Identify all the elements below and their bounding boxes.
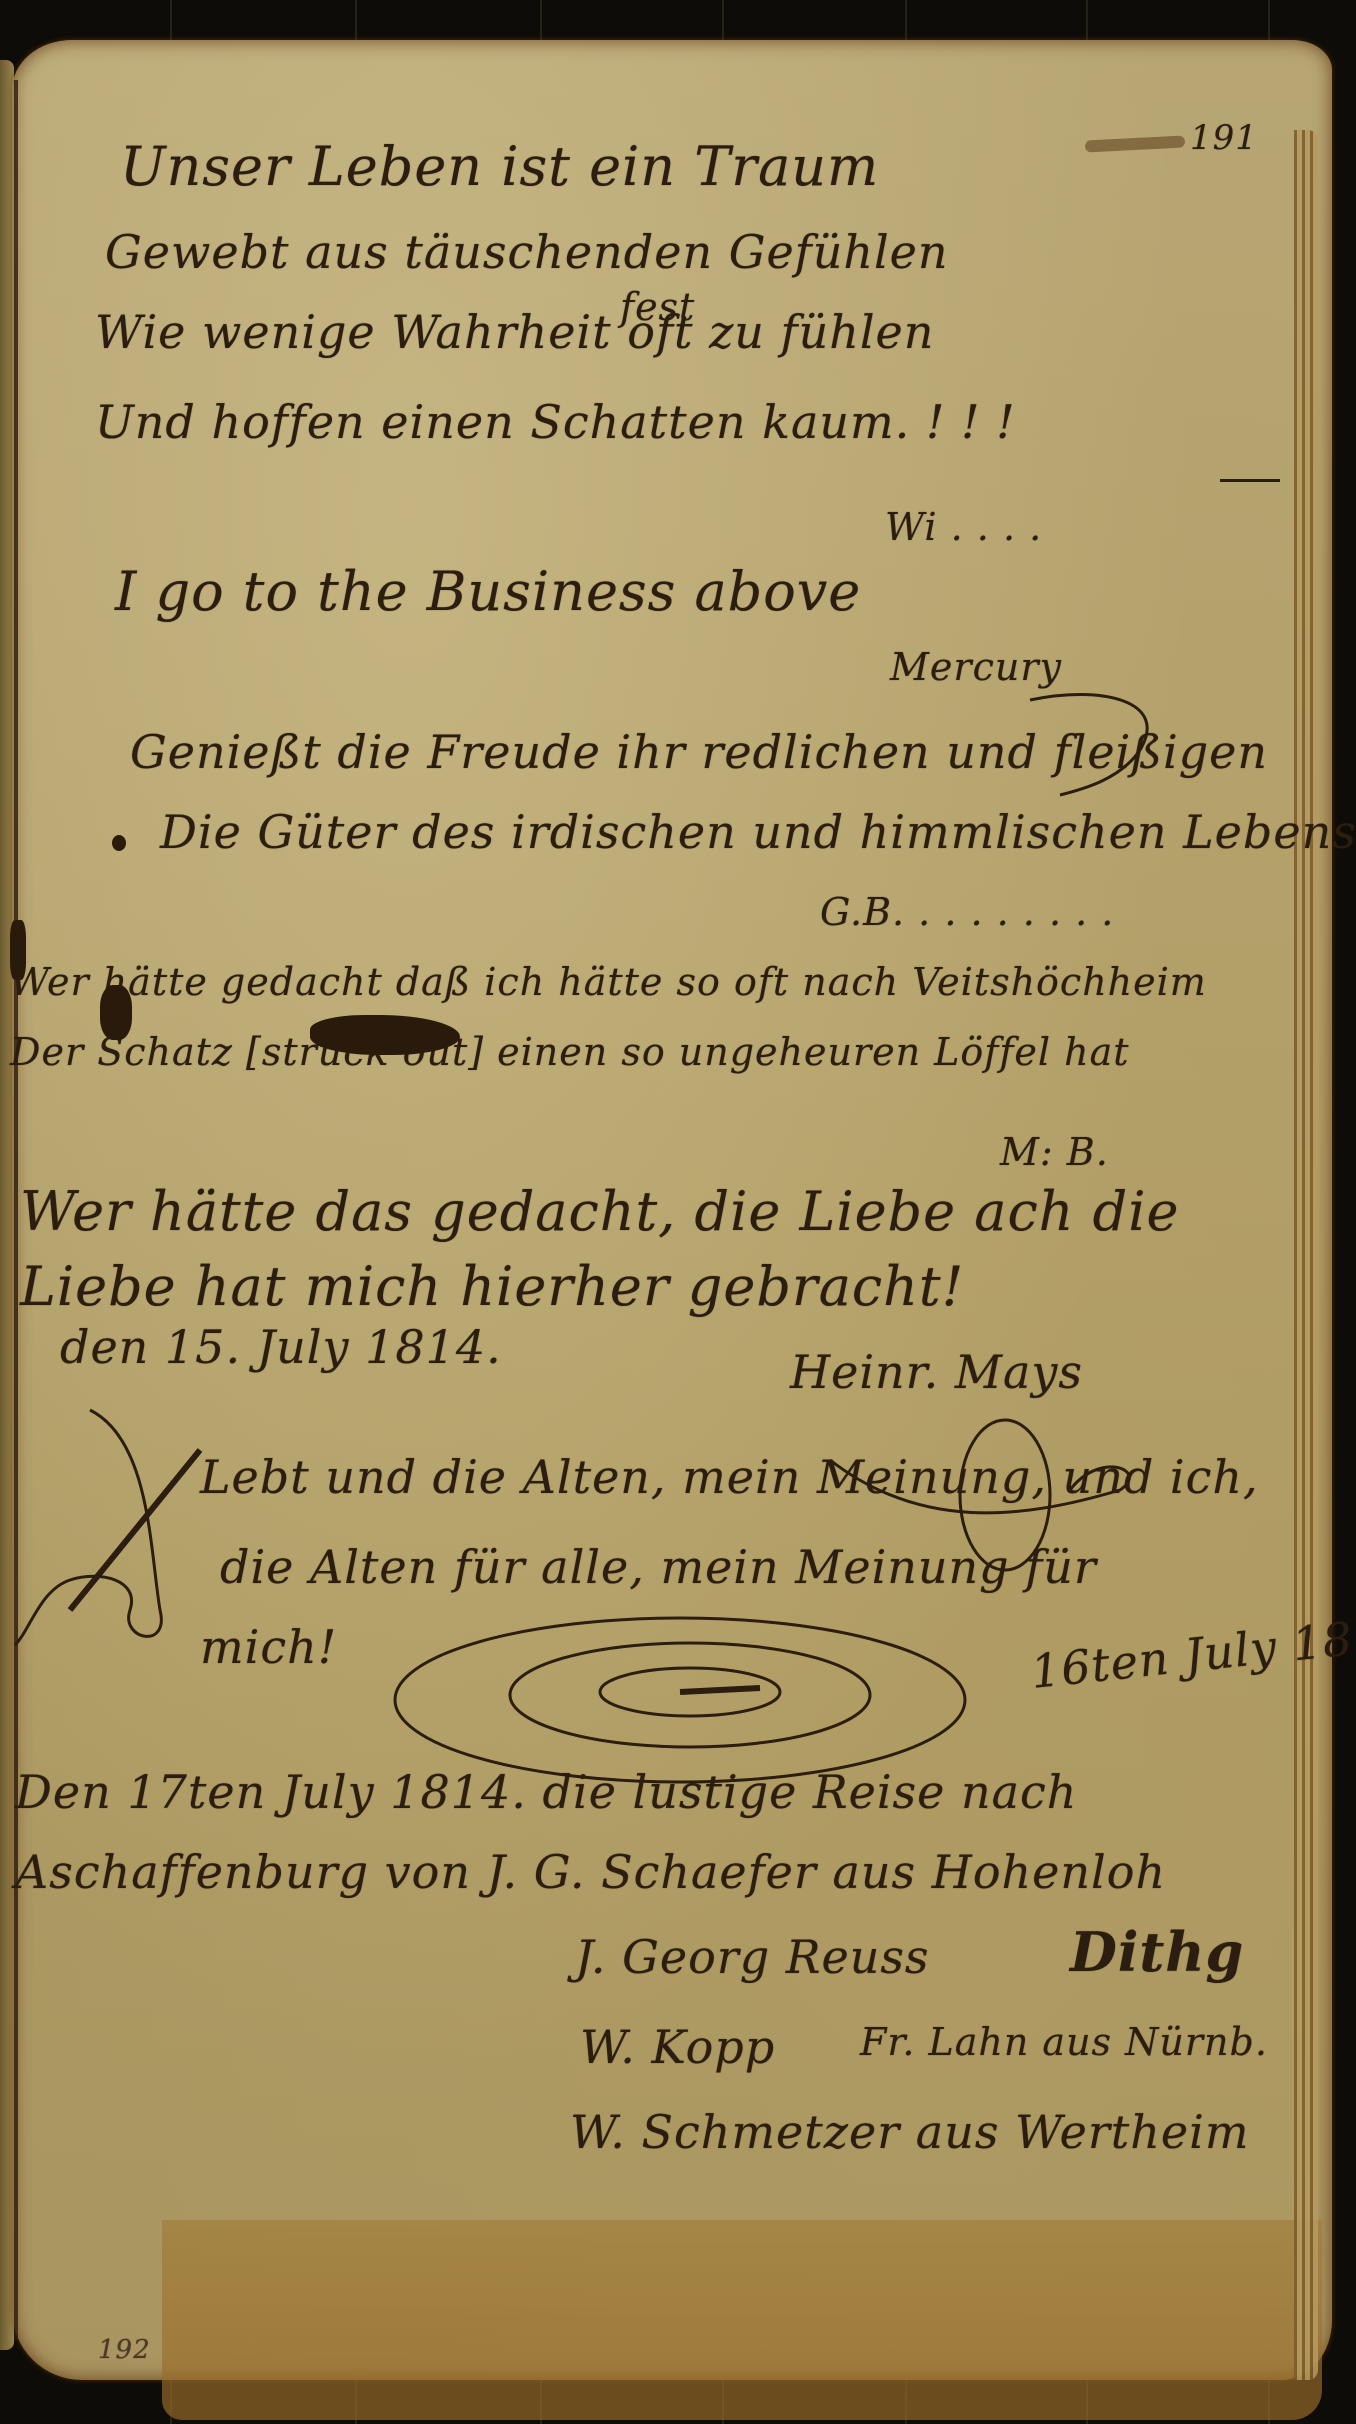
struck-line-2: Der Schatz [struck out] einen so ungeheu… [10, 1030, 1130, 1074]
spiral-flourish [380, 1610, 1000, 1790]
signature-kopp: W. Kopp [580, 2020, 775, 2074]
english-signature: Mercury [890, 645, 1062, 689]
ink-blot-small [100, 985, 132, 1040]
struck-signature: M: B. [1000, 1130, 1109, 1174]
gutter-line [14, 80, 18, 2340]
wish-signature: G.B. . . . . . . . . [820, 890, 1114, 934]
poem-line-2: Gewebt aus täuschenden Gefühlen [105, 225, 949, 279]
wish-line-1: Genießt die Freude ihr redlichen und fle… [130, 725, 1268, 779]
wish-line-2: Die Güter des irdischen und himmlischen … [160, 805, 1356, 859]
poem-inserted-word: fest [620, 285, 695, 329]
signature-dithg: Dithg [1070, 1920, 1244, 1984]
love-line-1: Wer hätte das gedacht, die Liebe ach die [20, 1180, 1179, 1243]
ink-dash [1220, 479, 1280, 482]
signature-reuss: J. Georg Reuss [575, 1930, 930, 1984]
letter-flourish [10, 1410, 210, 1650]
journey-line-1: Den 17ten July 1814. die lustige Reise n… [15, 1765, 1077, 1819]
english-line-1: I go to the Business above [115, 560, 861, 623]
poem-line-3: Wie wenige Wahrheit oft zu fühlen [95, 305, 934, 359]
poem-line-1: Unser Leben ist ein Traum [120, 135, 879, 198]
motto-line-3: mich! [200, 1620, 337, 1674]
journey-line-2: Aschaffenburg von J. G. Schaefer aus Hoh… [15, 1845, 1166, 1899]
page-number-bottom: 192 [98, 2335, 151, 2365]
ink-blot [310, 1015, 460, 1055]
love-date: den 15. July 1814. [60, 1320, 502, 1374]
page-fore-edge [1294, 130, 1318, 2380]
love-line-2: Liebe hat mich hierher gebracht! [20, 1255, 964, 1318]
poem-signature: Wi . . . . [885, 505, 1042, 549]
signature-lahn: Fr. Lahn aus Nürnb. [860, 2020, 1268, 2064]
page-number-top: 191 [1190, 118, 1258, 158]
ink-blot-edge [10, 920, 26, 980]
poem-line-4: Und hoffen einen Schatten kaum. ! ! ! [95, 395, 1016, 449]
signature-schmetzer: W. Schmetzer aus Wertheim [570, 2105, 1249, 2159]
ink-dot [112, 835, 126, 851]
knot-flourish [820, 1410, 1140, 1590]
struck-line-1: Wer hätte gedacht daß ich hätte so oft n… [10, 960, 1207, 1004]
love-signature: Heinr. Mays [790, 1345, 1083, 1399]
water-stain [162, 2220, 1322, 2420]
